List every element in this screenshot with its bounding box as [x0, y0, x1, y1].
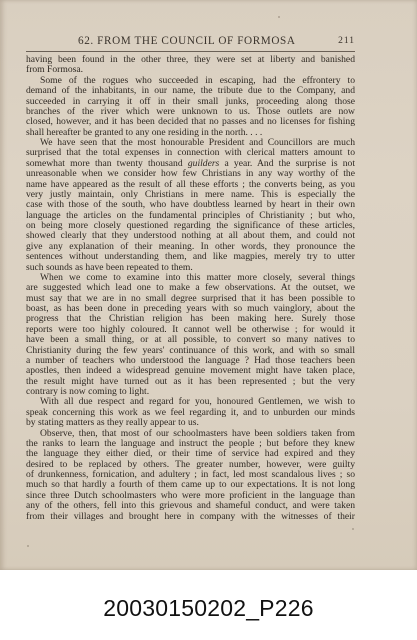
image-caption: 20030150202_P226	[0, 595, 417, 622]
text-line: by stating matters as they really appear…	[26, 418, 355, 428]
text-line: sentences without understanding them, an…	[26, 252, 355, 262]
running-head: 62. FROM THE COUNCIL OF FORMOSA 211	[26, 35, 355, 49]
text-line: demand of the inhabitants, in our name, …	[26, 86, 355, 96]
text-line: any of the others, fell into this grievo…	[26, 501, 355, 511]
body-text: having been found in the other three, th…	[26, 55, 355, 522]
paper-speck	[352, 528, 354, 530]
paragraph: We have seen that the most honourable Pr…	[26, 138, 355, 273]
page-number: 211	[338, 36, 355, 46]
text-line: from their villages and brought here in …	[26, 512, 355, 522]
paragraph: having been found in the other three, th…	[26, 55, 355, 76]
scanned-page: 62. FROM THE COUNCIL OF FORMOSA 211 havi…	[0, 0, 417, 570]
text-line: have been a small thing, or at all possi…	[26, 335, 355, 345]
text-line: unreasonable when we consider how few Ch…	[26, 169, 355, 179]
paper-speck	[27, 545, 29, 547]
header-rule	[26, 51, 355, 52]
paragraph: Observe, then, that most of our schoolma…	[26, 429, 355, 522]
paragraph: When we come to examine into this matter…	[26, 273, 355, 398]
paragraph: Some of the rogues who succeeded in esca…	[26, 76, 355, 138]
paragraph: With all due respect and regard for you,…	[26, 397, 355, 428]
chapter-title: 62. FROM THE COUNCIL OF FORMOSA	[78, 35, 296, 47]
paper-speck	[278, 16, 280, 18]
